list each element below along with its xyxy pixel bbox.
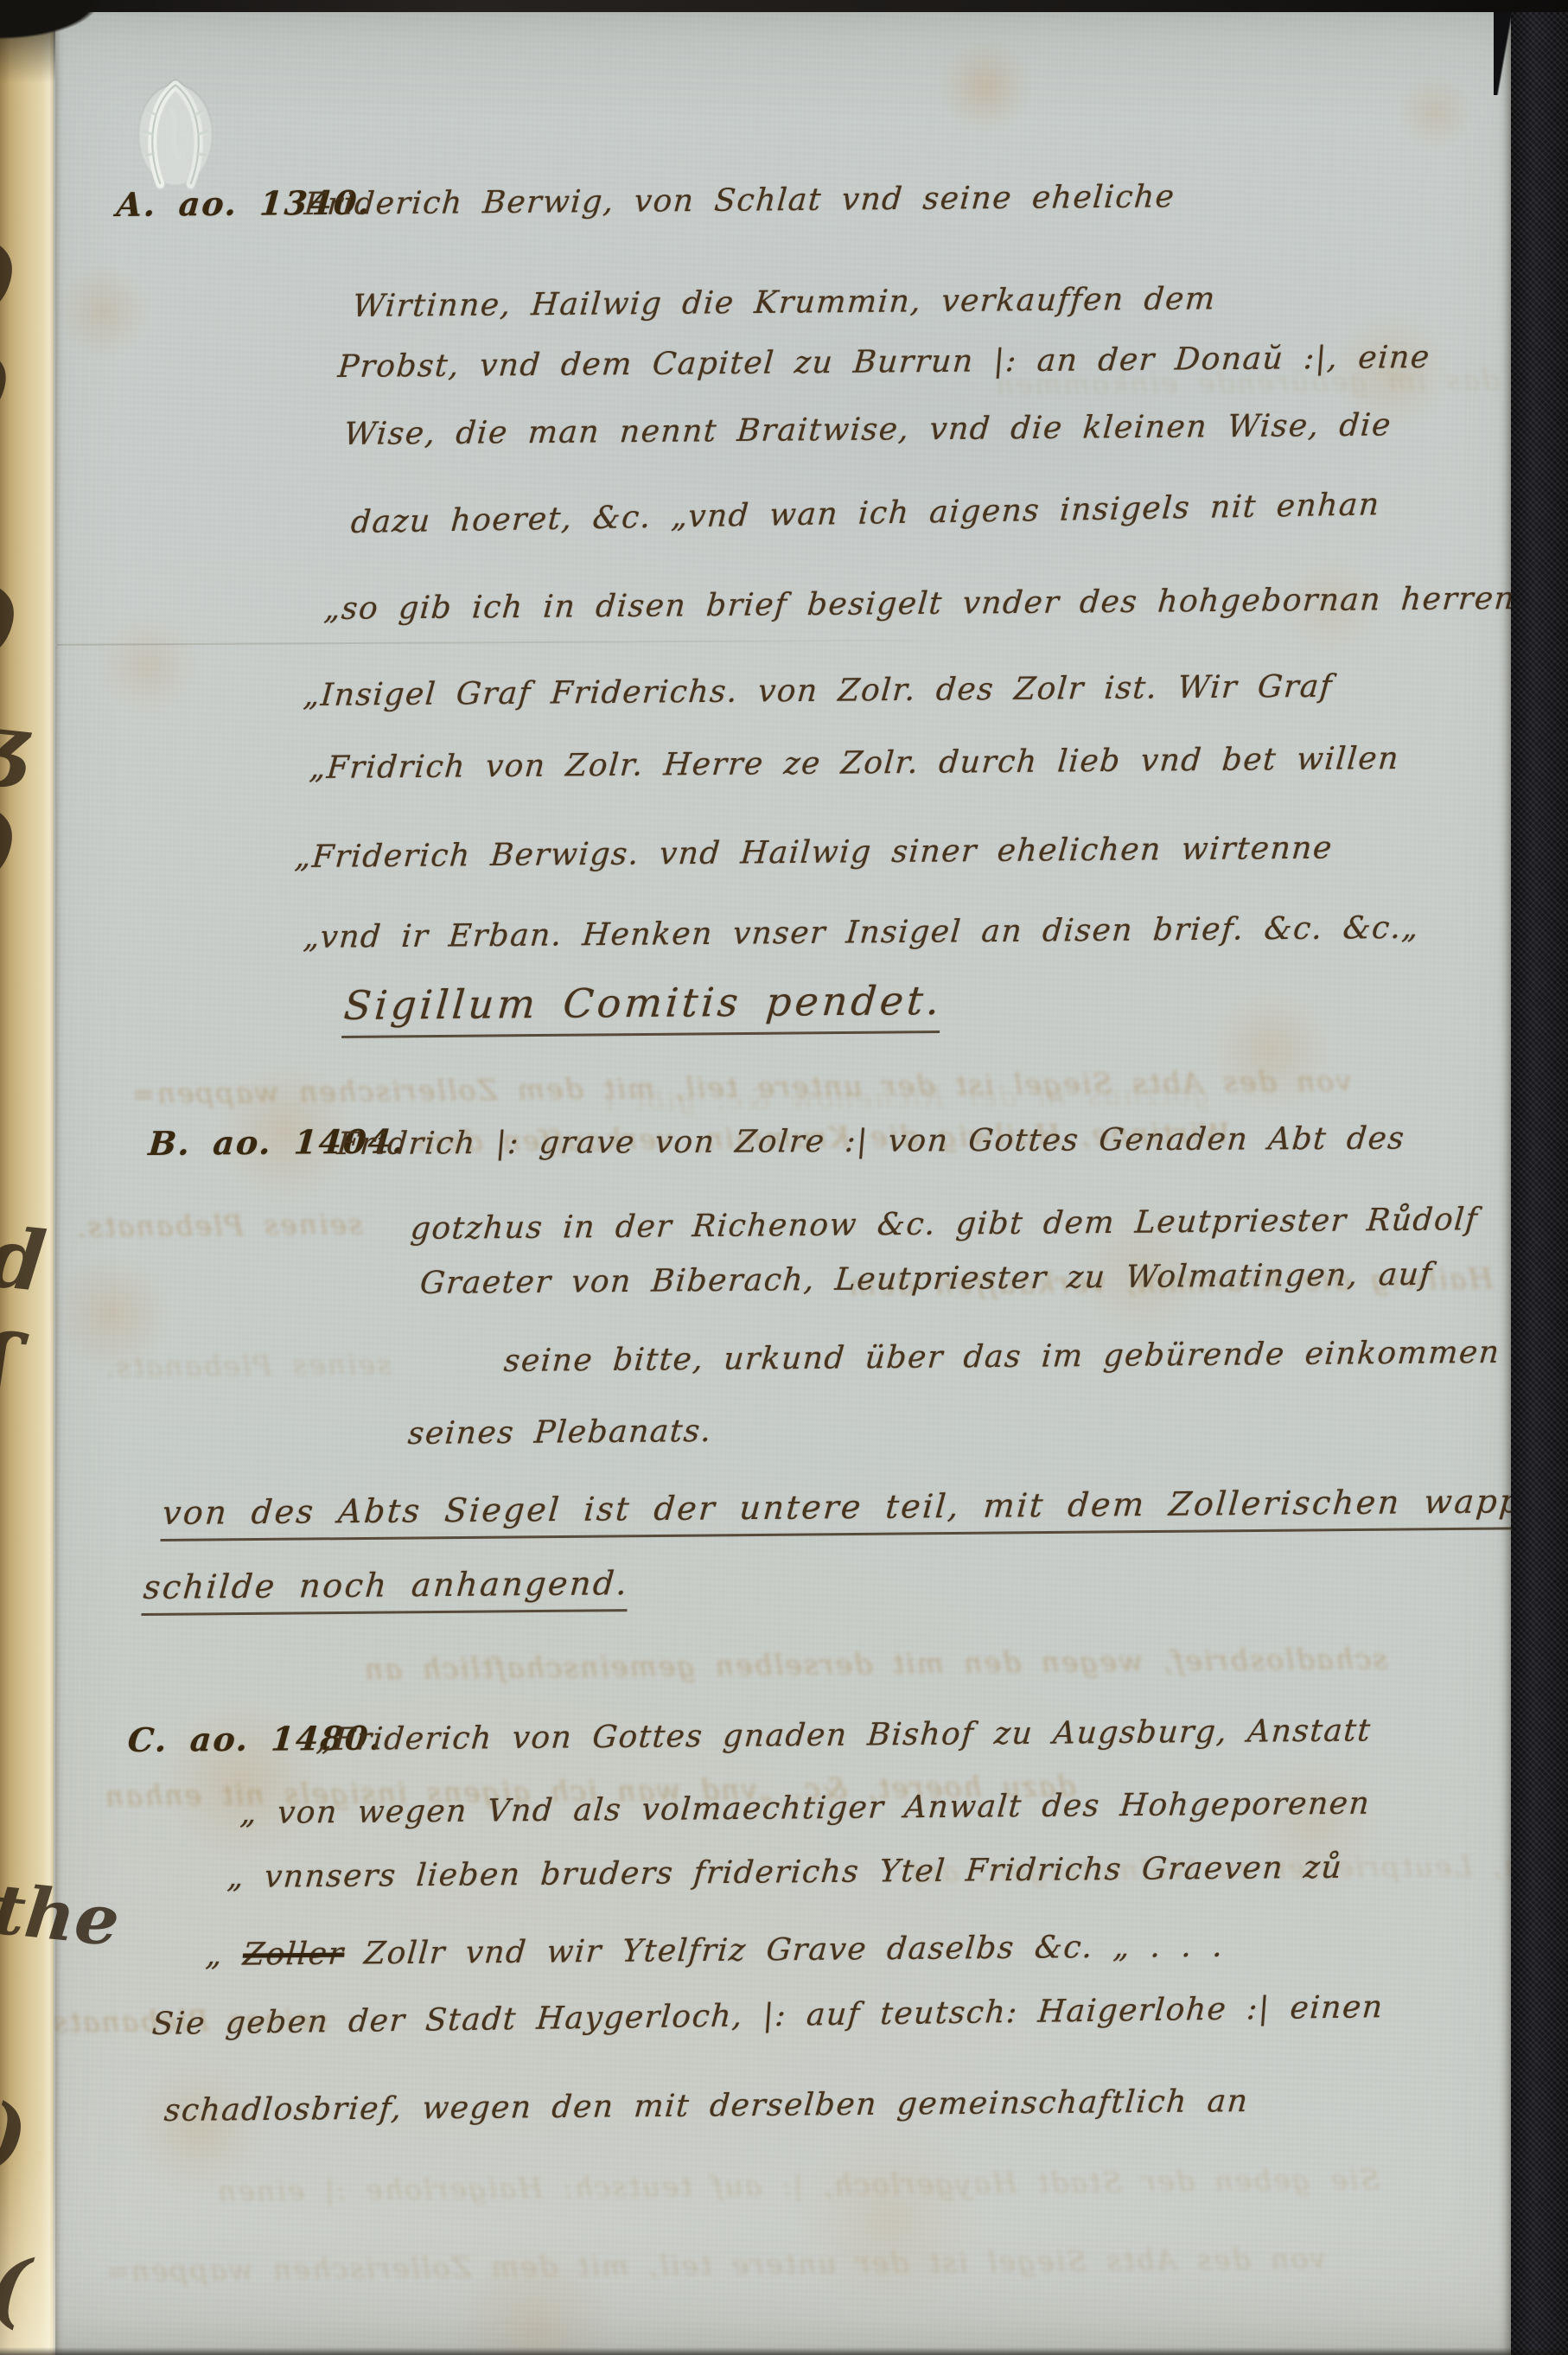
entry-a-line-1: Friderich Berwig, von Schlat vnd seine e… [303, 179, 1176, 222]
entry-b-seal-note-1-text: von des Abts Siegel ist der untere teil,… [160, 1482, 1568, 1542]
margin-ink-fragment: the [0, 1868, 124, 1962]
bleedthrough-text: seines Plebanats. [52, 1207, 363, 1244]
sigillum-note: Sigillum Comitis pendet. [342, 977, 945, 1029]
entry-a-line-10: „vnd ir Erban. Henken vnser Insigel an d… [302, 910, 1420, 955]
scan-bottom-edge [0, 2347, 1568, 2355]
manuscript-page: von des Abts Siegel ist der untere teil,… [0, 0, 1568, 2355]
entry-c-line-4: „ Zoller Zollr vnd wir Ytelfriz Grave da… [204, 1929, 1225, 1973]
entry-b-line-2: gotzhus in der Richenow &c. gibt dem Leu… [409, 1202, 1479, 1247]
entry-c-line-4-pre: „ [204, 1937, 244, 1973]
entry-c-line-5: Sie geben der Stadt Haygerloch, |: auf t… [150, 1989, 1385, 2042]
entry-c-line-1: „Friderich von Gottes gnaden Bishof zu A… [315, 1713, 1373, 1758]
embossed-seal-icon [128, 76, 223, 193]
bleedthrough-text: Sie geben der Stadt Haygerloch, |: auf t… [216, 2162, 1380, 2208]
scan-top-edge [0, 0, 1568, 12]
entry-c-line-4-rest: Zollr vnd wir Ytelfriz Grave daselbs &c.… [343, 1929, 1226, 1972]
entry-a-line-7: „Insigel Graf Friderichs. von Zolr. des … [302, 669, 1334, 713]
entry-a-line-5: dazu hoeret, &c. „vnd wan ich aigens ins… [350, 487, 1382, 540]
entry-b-line-5: seines Plebanats. [406, 1414, 713, 1452]
cloth-backing-edge [1511, 0, 1568, 2355]
entry-b-line-1: Fridrich |: grave von Zolre :| von Gotte… [335, 1121, 1406, 1162]
bleedthrough-text: seines Plebanats. [104, 1347, 392, 1383]
strikethrough-word: Zoller [241, 1937, 345, 1973]
bleedthrough-text: schadlosbrief, wegen den mit derselben g… [363, 1642, 1388, 1686]
paper-crease [57, 639, 991, 646]
entry-a-line-4: Wise, die man nennt Braitwise, vnd die k… [342, 407, 1393, 452]
entry-c-line-6: schadlosbrief, wegen den mit derselben g… [163, 2084, 1250, 2128]
bleedthrough-text: von des Abts Siegel ist der untere teil,… [104, 2242, 1326, 2288]
entry-b-seal-note-2-text: schilde noch anhangend. [141, 1564, 630, 1616]
entry-a-line-6: „so gib ich in disen brief besigelt vnde… [322, 581, 1517, 627]
entry-b-seal-note-1: von des Abts Siegel ist der untere teil,… [161, 1482, 1568, 1533]
entry-a-line-9: „Friderich Berwigs. vnd Hailwig siner eh… [293, 831, 1334, 876]
sigillum-note-text: Sigillum Comitis pendet. [341, 977, 944, 1038]
bleedthrough-text: gotzhus in der Richenow &c. gibt dem Leu… [605, 1077, 1210, 1117]
entry-a-line-8: „Fridrich von Zolr. Herre ze Zolr. durch… [308, 741, 1400, 786]
entry-b-seal-note-2: schilde noch anhangend. [142, 1564, 630, 1606]
entry-c-line-3: „ vnnsers lieben bruders friderichs Ytel… [226, 1850, 1343, 1895]
entry-a-line-2: Wirtinne, Hailwig die Krummin, verkauffe… [351, 281, 1217, 324]
entry-b-line-4: seine bitte, urkund über das im gebürend… [502, 1335, 1501, 1379]
